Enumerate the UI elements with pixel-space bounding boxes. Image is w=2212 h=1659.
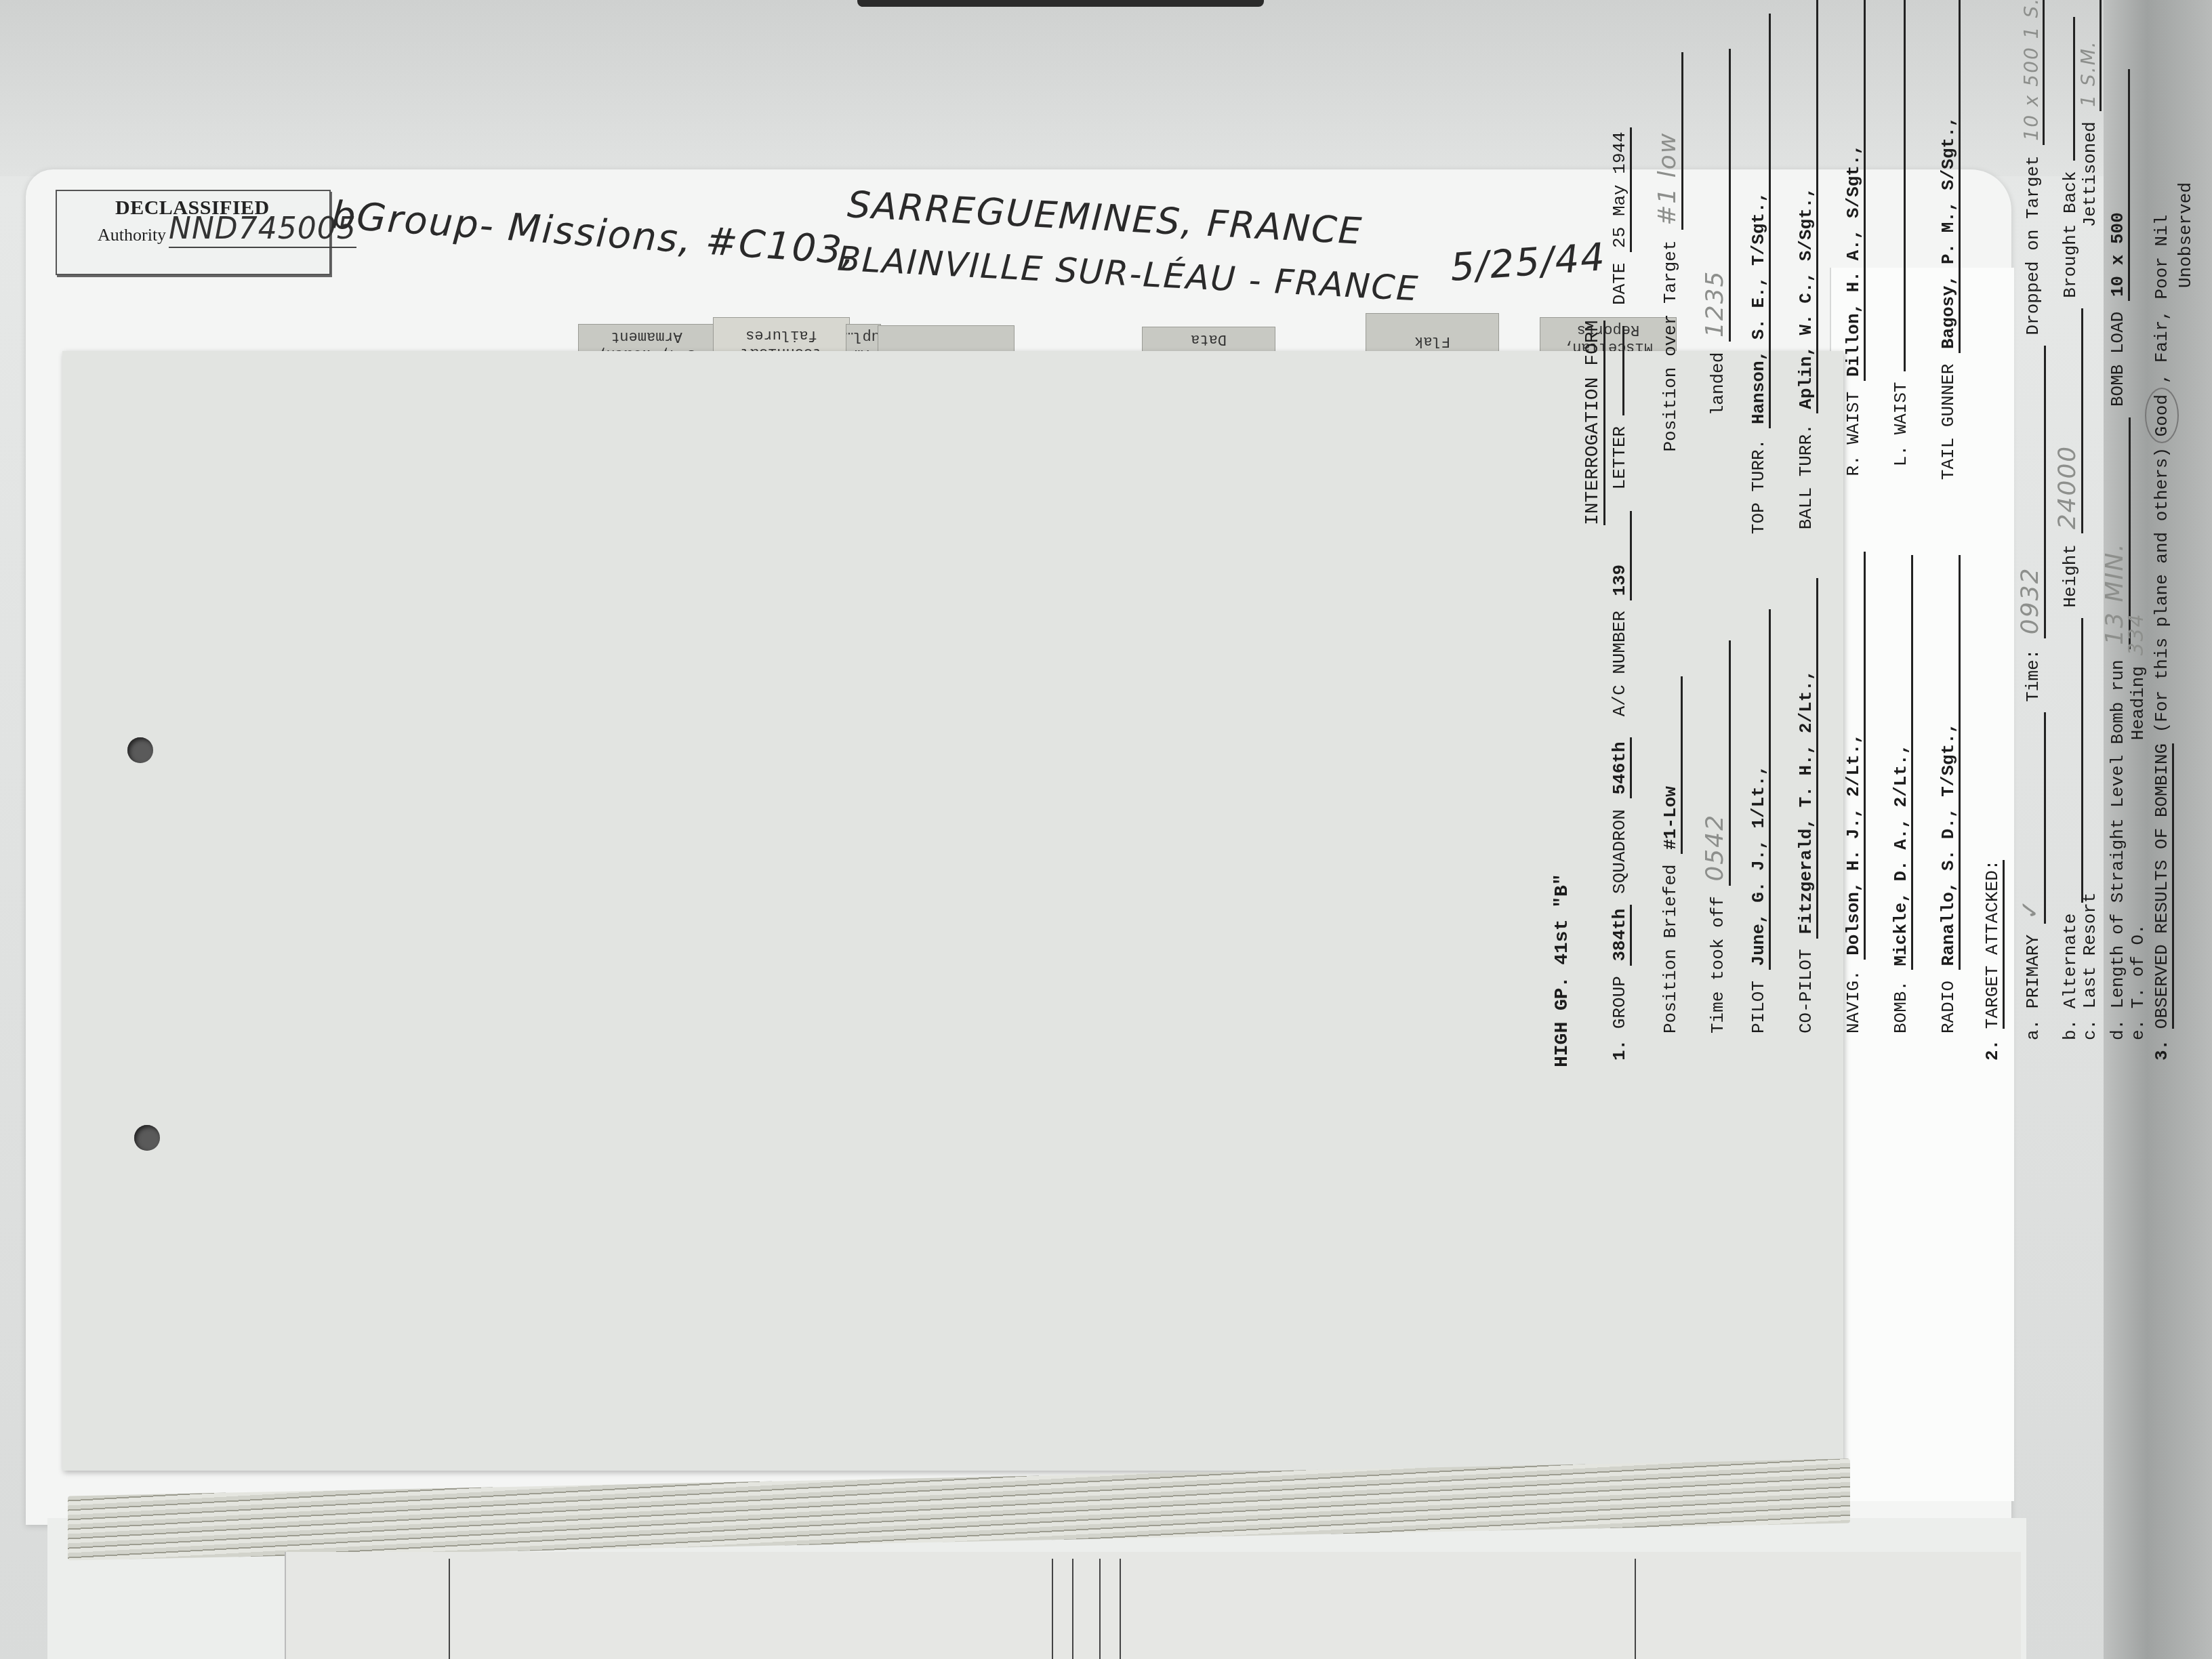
- crew-row: RADIO Ranallo, S. D., T/Sgt., TAIL GUNNE…: [1938, 0, 1961, 1033]
- crew-row: NAVIG. Dolson, H. J., 2/Lt., R. WAIST Di…: [1843, 0, 1866, 1033]
- crew-role: R. WAIST: [1843, 392, 1864, 476]
- crew-name: Aplin, W. C., S/Sgt.,: [1796, 0, 1818, 413]
- primary-value: ✓: [2016, 712, 2046, 924]
- observed-results-note: (For this plane and others): [2152, 447, 2172, 733]
- bomb-load-value: 10 x 500: [2108, 69, 2130, 301]
- lower-line: [1120, 1559, 1121, 1659]
- declassified-stamp: DECLASSIFIED Authority NND745005: [56, 190, 331, 275]
- landed-value: 1235: [1701, 49, 1731, 342]
- squadron-label: SQUADRON: [1610, 809, 1630, 894]
- crew-name: June, G. J., 1/Lt.,: [1748, 609, 1771, 970]
- time-label: Time:: [2023, 649, 2043, 702]
- section-3-number: 3.: [2152, 1040, 2172, 1061]
- heading-value: 334: [2125, 613, 2148, 655]
- lower-line: [1099, 1559, 1101, 1659]
- crew-role: NAVIG.: [1843, 970, 1864, 1033]
- group-value: 384th: [1610, 905, 1632, 966]
- crew-role: PILOT: [1748, 981, 1769, 1033]
- bomb-load-label: BOMB LOAD: [2108, 312, 2128, 407]
- table-surface: [0, 0, 2212, 176]
- group-label: GROUP: [1610, 976, 1630, 1029]
- target-attacked-title: TARGET ATTACKED:: [1982, 860, 2005, 1029]
- result-poor: Poor: [2152, 257, 2172, 299]
- crew-name: [1904, 0, 1906, 371]
- crew-name: Dillon, H. A., S/Sgt.,: [1843, 0, 1866, 381]
- time-value: 0932: [2016, 346, 2046, 638]
- crew-name: Dolson, H. J., 2/Lt.,: [1843, 552, 1866, 960]
- last-resort-label: c. Last Resort: [2080, 893, 2100, 1040]
- crew-name: Fitzgerald, T. H., 2/Lt.,: [1796, 578, 1818, 939]
- crew-role: BOMB.: [1891, 981, 1911, 1033]
- crew-role: BALL TURR.: [1796, 424, 1816, 529]
- heading-label: Heading: [2128, 666, 2148, 740]
- ac-number-value: 139: [1610, 511, 1632, 600]
- crew-role: TAIL GUNNER: [1938, 364, 1959, 480]
- time-took-off-value: 0542: [1701, 640, 1731, 886]
- crew-role: CO-PILOT: [1796, 949, 1816, 1033]
- crew-row: BOMB. Mickle, D. A., 2/Lt., L. WAIST: [1891, 0, 1913, 1033]
- crew-role: L. WAIST: [1891, 382, 1911, 466]
- time-took-off-label: Time took off: [1708, 896, 1728, 1033]
- lower-line: [1052, 1559, 1053, 1659]
- jettisoned-label: Jettisoned: [2080, 121, 2100, 227]
- route-yes-mark: ✓: [2206, 647, 2212, 669]
- crew-name: Hanson, S. E., T/Sgt.,: [1748, 14, 1771, 428]
- authority-value: NND745005: [169, 211, 356, 248]
- primary-label: a. PRIMARY: [2023, 935, 2043, 1040]
- authority-label: Authority: [98, 225, 166, 245]
- result-nil: Nil: [2152, 215, 2172, 247]
- date-value: 25 May 1944: [1610, 127, 1632, 252]
- observed-results-title: OBSERVED RESULTS OF BOMBING: [2152, 743, 2174, 1029]
- punch-hole: [127, 737, 153, 763]
- lower-document: [285, 1552, 2021, 1659]
- result-good: Good: [2152, 384, 2172, 436]
- punch-hole: [134, 1125, 160, 1151]
- lower-line: [1635, 1559, 1636, 1659]
- crew-name: Ranallo, S. D., T/Sgt.,: [1938, 555, 1961, 970]
- form-title: INTERROGATION FORM: [1582, 321, 1605, 525]
- crew-name: Mickle, D. A., 2/Lt.,: [1891, 555, 1913, 970]
- lower-line: [449, 1559, 450, 1659]
- landed-label: landed: [1708, 352, 1728, 416]
- lower-line: [1072, 1559, 1073, 1659]
- interrogation-form: HIGH GP. 41st "B" INTERROGATION FORM 1. …: [1528, 186, 2212, 1081]
- section-1-number: 1.: [1610, 1040, 1630, 1061]
- crew-name: Bagosy, P. M., S/Sgt.,: [1938, 0, 1961, 353]
- section-2-number: 2.: [1982, 1040, 2003, 1061]
- date-label: DATE: [1610, 263, 1630, 305]
- form-header-group: HIGH GP. 41st "B": [1552, 874, 1573, 1067]
- crew-row: PILOT June, G. J., 1/Lt., TOP TURR. Hans…: [1748, 14, 1771, 1033]
- brought-back-value: [2073, 17, 2075, 161]
- selected-circle: [2145, 388, 2179, 443]
- letter-label: LETTER: [1610, 426, 1630, 490]
- ac-number-label: A/C NUMBER: [1610, 611, 1630, 716]
- squadron-value: 546th: [1610, 737, 1632, 798]
- position-over-target-value: #1 low: [1654, 52, 1683, 230]
- position-briefed-value: #1-Low: [1660, 676, 1683, 854]
- crew-role: RADIO: [1938, 981, 1959, 1033]
- letter-value: [1622, 326, 1624, 415]
- jettisoned-value: 1 S.M.: [2077, 0, 2102, 111]
- position-briefed-label: Position Briefed: [1660, 864, 1681, 1033]
- tofo-label: e. T. of O.: [2128, 924, 2148, 1040]
- result-unobserved: Unobserved: [2175, 182, 2196, 288]
- crew-row: CO-PILOT Fitzgerald, T. H., 2/Lt., BALL …: [1796, 0, 1818, 1033]
- device-edge: [857, 0, 1264, 7]
- dropped-value: 10 x 500 1 S.M.: [2020, 0, 2045, 145]
- result-fair: Fair: [2152, 321, 2172, 363]
- position-over-target-label: Position over Target: [1660, 240, 1681, 451]
- dropped-label: Dropped on Target: [2023, 155, 2043, 335]
- crew-role: TOP TURR.: [1748, 439, 1769, 534]
